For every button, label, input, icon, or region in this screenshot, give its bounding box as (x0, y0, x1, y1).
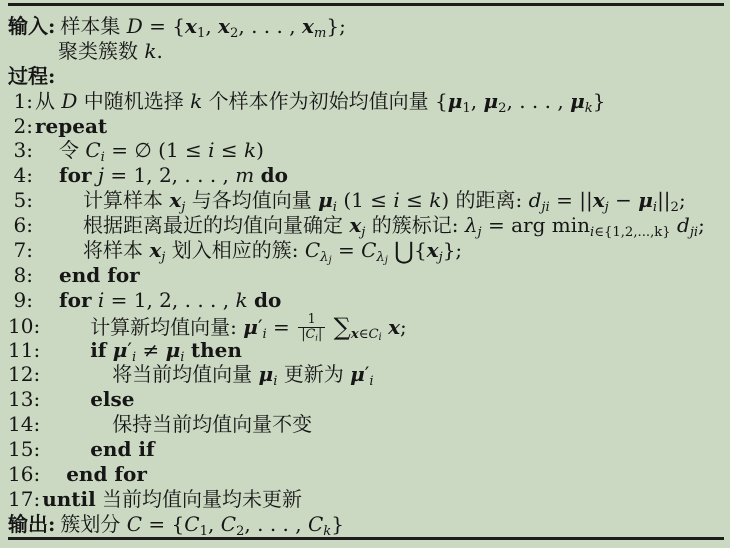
output-line: 输出:簇划分 C = {C1, C2, . . . , Ck} (8, 512, 730, 537)
algorithm-step-9: 9:for i = 1, 2, . . . , k do (8, 288, 730, 313)
step-content: 将当前均值向量 μi 更新为 μ′i (112, 362, 373, 395)
algorithm-step-5: 5:计算样本 xj 与各均值向量 μi (1 ≤ i ≤ k) 的距离: dji… (8, 188, 730, 213)
algorithm-step-10: 10:计算新均值向量: μ′i = 1|Ci| ∑x∈Ci x; (8, 313, 730, 338)
step-number: 13: (8, 387, 40, 412)
step-content: until 当前均值向量均未更新 (42, 487, 302, 512)
algorithm-figure: { "colors": { "background": "#cbd9c3", "… (0, 0, 730, 548)
algorithm-step-14: 14:保持当前均值向量不变 (8, 412, 730, 437)
algorithm-body: 输入:样本集 D = {x1, x2, . . . , xm}; 聚类簇数 k.… (8, 14, 730, 537)
input-label: 输入: (8, 14, 55, 39)
step-number: 2: (8, 114, 33, 139)
algorithm-step-6: 6:根据距离最近的均值向量确定 xj 的簇标记: λj = arg mini∈{… (8, 213, 730, 238)
algorithm-step-3: 3:令 Ci = ∅ (1 ≤ i ≤ k) (8, 138, 730, 163)
step-content: 从 D 中随机选择 k 个样本作为初始均值向量 {μ1, μ2, . . . ,… (35, 89, 605, 122)
process-label: 过程: (8, 64, 55, 89)
step-number: 10: (8, 314, 40, 339)
algorithm-step-16: 16:end for (8, 462, 730, 487)
step-content: else (90, 387, 134, 412)
input-line-2: 聚类簇数 k. (58, 39, 730, 64)
step-number: 12: (8, 362, 40, 387)
algorithm-steps: 1:从 D 中随机选择 k 个样本作为初始均值向量 {μ1, μ2, . . .… (8, 89, 730, 512)
step-number: 7: (8, 238, 33, 263)
bottom-rule (8, 537, 724, 540)
algorithm-step-17: 17:until 当前均值向量均未更新 (8, 487, 730, 512)
algorithm-step-12: 12:将当前均值向量 μi 更新为 μ′i (8, 362, 730, 387)
process-label-line: 过程: (8, 64, 730, 89)
step-content: for i = 1, 2, . . . , k do (59, 288, 281, 313)
step-number: 14: (8, 412, 40, 437)
output-cluster-partition: 簇划分 C = {C1, C2, . . . , Ck} (60, 512, 344, 536)
step-content: for j = 1, 2, . . . , m do (59, 163, 288, 188)
step-content: end if (90, 437, 154, 462)
step-number: 17: (8, 487, 40, 512)
step-number: 11: (8, 338, 40, 363)
step-number: 1: (8, 89, 33, 114)
algorithm-step-15: 15:end if (8, 437, 730, 462)
input-cluster-count: 聚类簇数 k. (58, 39, 163, 63)
output-label: 输出: (8, 512, 55, 537)
top-rule (8, 3, 724, 6)
step-content: 保持当前均值向量不变 (112, 412, 312, 437)
step-content: repeat (35, 114, 107, 139)
step-content: end for (59, 263, 140, 288)
step-number: 6: (8, 213, 33, 238)
step-number: 16: (8, 462, 40, 487)
step-number: 9: (8, 288, 33, 313)
step-number: 4: (8, 163, 33, 188)
algorithm-step-4: 4:for j = 1, 2, . . . , m do (8, 163, 730, 188)
step-number: 5: (8, 188, 33, 213)
step-content: end for (66, 462, 147, 487)
step-number: 3: (8, 138, 33, 163)
input-line-1: 输入:样本集 D = {x1, x2, . . . , xm}; (8, 14, 730, 39)
step-number: 8: (8, 263, 33, 288)
step-number: 15: (8, 437, 40, 462)
input-sample-set: 样本集 D = {x1, x2, . . . , xm}; (60, 14, 345, 38)
fraction: 1|Ci| (298, 313, 325, 343)
algorithm-step-1: 1:从 D 中随机选择 k 个样本作为初始均值向量 {μ1, μ2, . . .… (8, 89, 730, 114)
